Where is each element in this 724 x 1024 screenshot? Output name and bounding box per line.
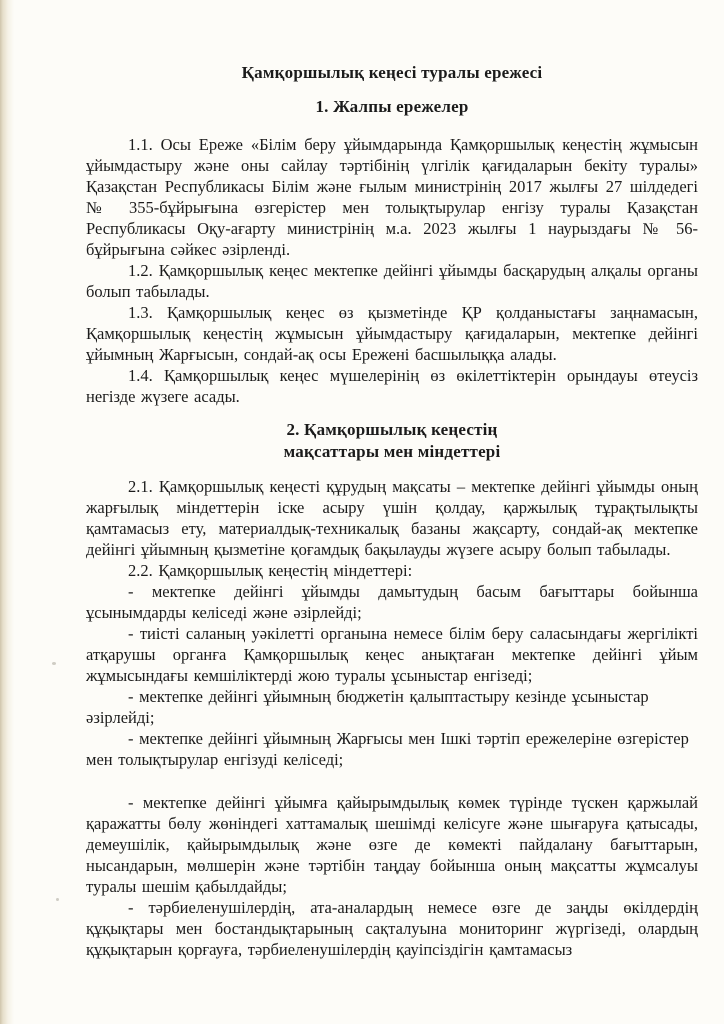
paragraph-2-1: 2.1. Қамқоршылық кеңесті құрудың мақсаты…: [86, 476, 698, 560]
document-title: Қамқоршылық кеңесі туралы ережесі: [86, 62, 698, 84]
paragraph-1-2: 1.2. Қамқоршылық кеңес мектепке дейінгі …: [86, 260, 698, 302]
paragraph-1-1: 1.1. Осы Ереже «Білім беру ұйымдарында Қ…: [86, 134, 698, 260]
list-item: - мектепке дейінгі ұйымның бюджетін қалы…: [86, 686, 698, 728]
section-2-heading-line-2: мақсаттары мен міндеттері: [86, 441, 698, 463]
section-2-heading: 2. Қамқоршылық кеңестің мақсаттары мен м…: [86, 419, 698, 463]
list-item: - мектепке дейінгі ұйымды дамытудың басы…: [86, 581, 698, 623]
scan-speck: [56, 898, 59, 901]
section-1-heading: 1. Жалпы ережелер: [86, 96, 698, 118]
scan-edge-artifact: [0, 0, 14, 1024]
paragraph-1-4: 1.4. Қамқоршылық кеңес мүшелерінің өз өк…: [86, 365, 698, 407]
scan-speck: [52, 662, 56, 665]
list-item: - тәрбиеленушілердің, ата-аналардың неме…: [86, 897, 698, 960]
list-item: - мектепке дейінгі ұйымның Жарғысы мен І…: [86, 728, 698, 770]
list-item: - тиісті саланың уәкілетті органына неме…: [86, 623, 698, 686]
section-2-heading-line-1: 2. Қамқоршылық кеңестің: [86, 419, 698, 441]
paragraph-2-2: 2.2. Қамқоршылық кеңестің міндеттері:: [86, 560, 698, 581]
document-page: Қамқоршылық кеңесі туралы ережесі 1. Жал…: [86, 62, 698, 960]
paragraph-1-3: 1.3. Қамқоршылық кеңес өз қызметінде ҚР …: [86, 302, 698, 365]
list-item: - мектепке дейінгі ұйымға қайырымдылық к…: [86, 792, 698, 897]
